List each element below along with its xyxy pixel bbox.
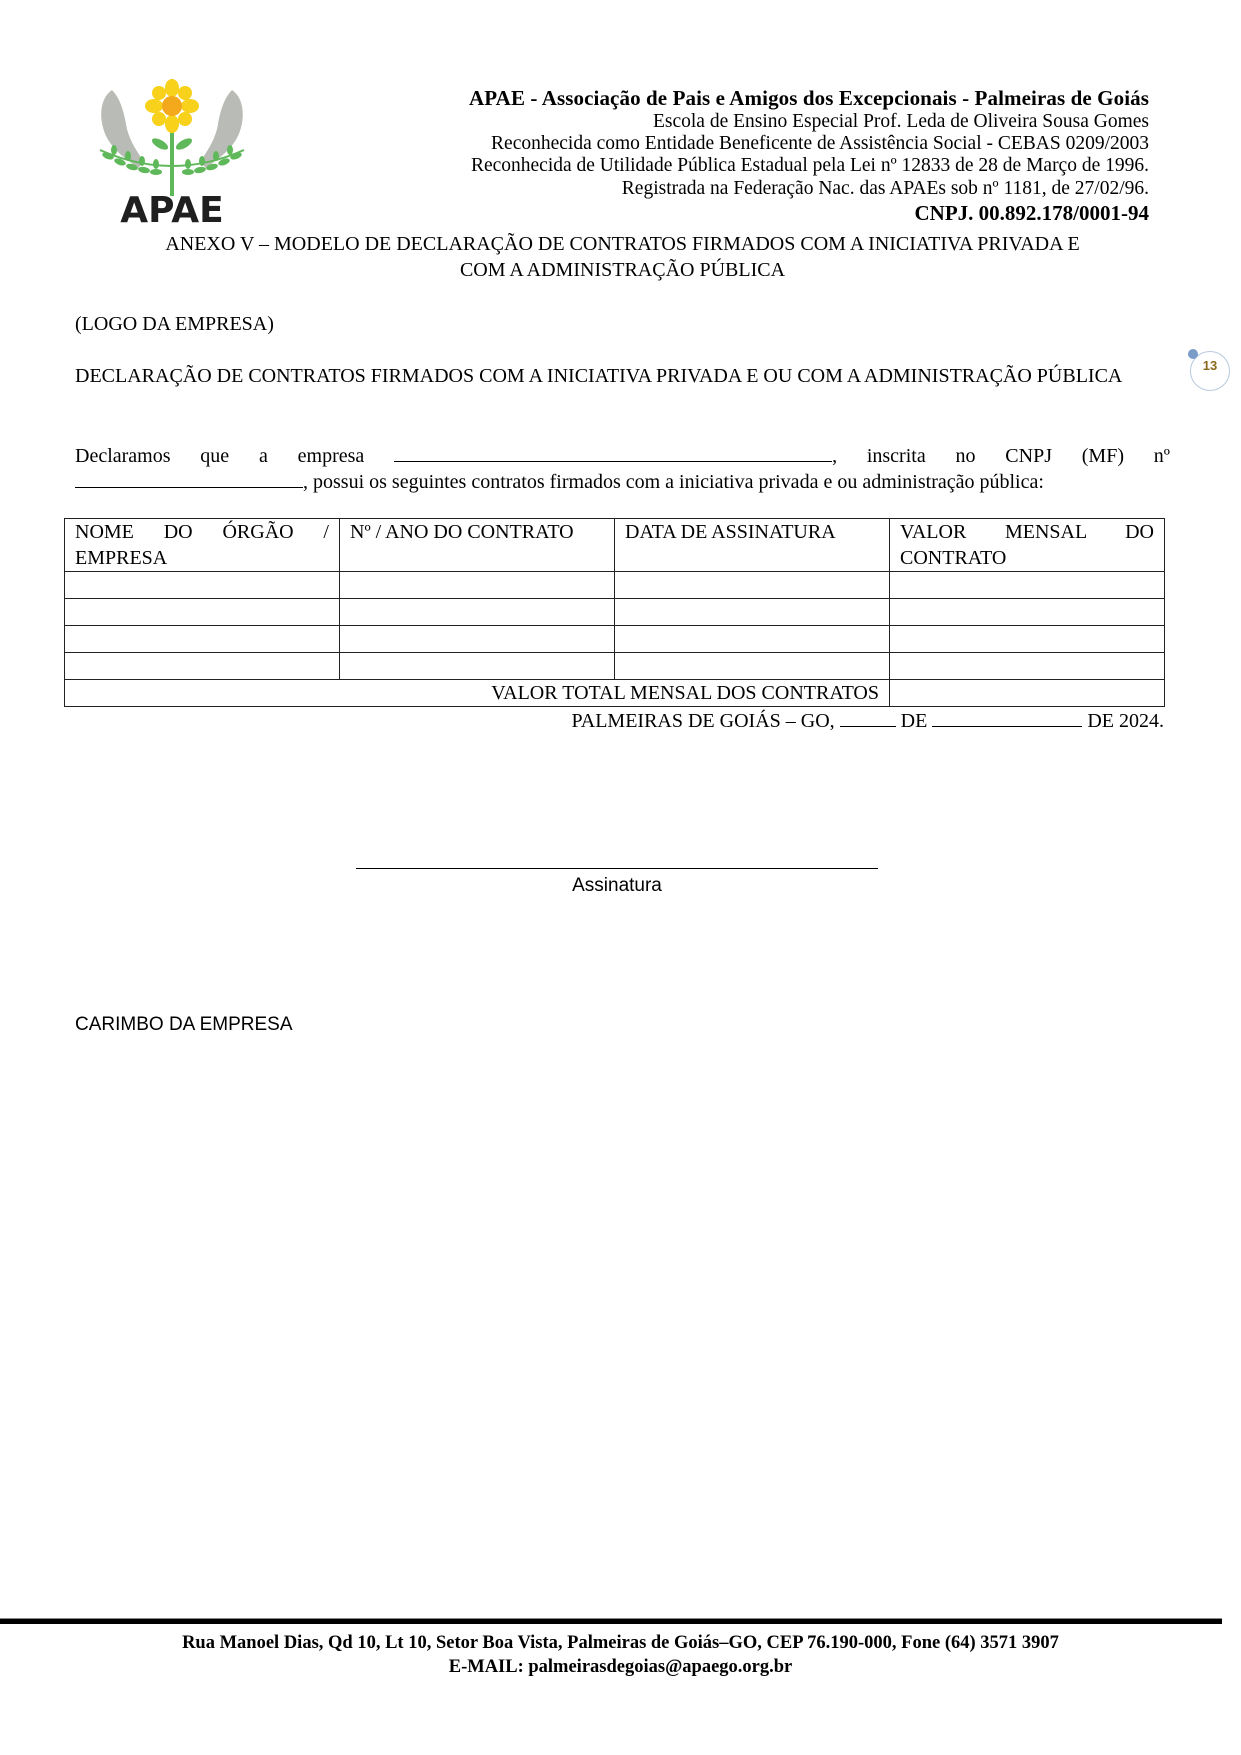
table-cell[interactable] (65, 653, 340, 680)
annex-title: ANEXO V – MODELO DE DECLARAÇÃO DE CONTRA… (70, 231, 1175, 283)
signature-label: Assinatura (356, 875, 878, 897)
table-cell[interactable] (65, 626, 340, 653)
date-year: DE 2024. (1087, 710, 1164, 732)
apae-logo: APAE (92, 78, 252, 226)
table-row (65, 599, 1165, 626)
company-stamp-label: CARIMBO DA EMPRESA (75, 1014, 293, 1036)
cnpj-blank[interactable] (75, 469, 303, 488)
table-cell[interactable] (615, 599, 890, 626)
table-cell[interactable] (890, 599, 1165, 626)
annex-title-line1: ANEXO V – MODELO DE DECLARAÇÃO DE CONTRA… (70, 231, 1175, 257)
header-line-cebas: Reconhecida como Entidade Beneficente de… (491, 133, 1149, 155)
declaration-line-2: , possui os seguintes contratos firmados… (75, 469, 1170, 495)
table-cell[interactable] (65, 599, 340, 626)
word: que (200, 443, 229, 469)
word: Declaramos (75, 443, 171, 469)
month-blank[interactable] (932, 708, 1082, 727)
day-blank[interactable] (840, 708, 896, 727)
header-cell-organization: NOME DO ÓRGÃO / EMPRESA (65, 519, 340, 572)
table-cell[interactable] (340, 599, 615, 626)
annex-title-line2: COM A ADMINISTRAÇÃO PÚBLICA (70, 257, 1175, 283)
organization-name: APAE - Associação de Pais e Amigos dos E… (469, 86, 1149, 111)
table-cell[interactable] (615, 626, 890, 653)
table-row (65, 572, 1165, 599)
signature-line[interactable] (356, 868, 878, 869)
table-cell[interactable] (615, 572, 890, 599)
word: (MF) (1082, 443, 1124, 469)
table-cell[interactable] (340, 653, 615, 680)
word: a (259, 443, 268, 469)
header-cell-monthly-value: VALOR MENSAL DO CONTRATO (890, 519, 1165, 572)
date-line: PALMEIRAS DE GOIÁS – GO, DE DE 2024. (571, 708, 1164, 733)
declaration-paragraph: Declaramos que a empresa , inscrita no C… (75, 443, 1170, 495)
apae-flower-hands-logo-icon: APAE (92, 78, 252, 226)
svg-text:APAE: APAE (120, 190, 223, 226)
header-cell-contract-number: Nº / ANO DO CONTRATO (340, 519, 615, 572)
table-cell[interactable] (890, 626, 1165, 653)
header-cell-signature-date: DATA DE ASSINATURA (615, 519, 890, 572)
date-city: PALMEIRAS DE GOIÁS – GO, (571, 710, 834, 732)
comma: , (832, 445, 837, 467)
footer-email: E-MAIL: palmeirasdegoias@apaego.org.br (0, 1657, 1241, 1678)
table-cell[interactable] (890, 653, 1165, 680)
table-cell[interactable] (615, 653, 890, 680)
page-number-badge: 13 (1190, 351, 1230, 391)
table-cell[interactable] (890, 572, 1165, 599)
table-total-row: VALOR TOTAL MENSAL DOS CONTRATOS (65, 680, 1165, 707)
header-line-federation: Registrada na Federação Nac. das APAEs s… (622, 178, 1149, 200)
word: no (956, 443, 976, 469)
word: CNPJ (1005, 443, 1052, 469)
header-line-public-utility: Reconhecida de Utilidade Pública Estadua… (471, 155, 1149, 177)
company-name-blank[interactable] (394, 443, 832, 462)
word: nº (1154, 443, 1170, 469)
page-number: 13 (1191, 358, 1229, 373)
table-cell[interactable] (65, 572, 340, 599)
company-name-blank-group: , (394, 443, 837, 469)
footer-divider (0, 1618, 1222, 1624)
declaration-line-2-text: , possui os seguintes contratos firmados… (303, 471, 1044, 493)
contracts-table: NOME DO ÓRGÃO / EMPRESA Nº / ANO DO CONT… (64, 518, 1165, 707)
total-label: VALOR TOTAL MENSAL DOS CONTRATOS (65, 680, 890, 707)
declaration-line-1: Declaramos que a empresa , inscrita no C… (75, 443, 1170, 469)
table-row (65, 653, 1165, 680)
header-cnpj: CNPJ. 00.892.178/0001-94 (915, 201, 1150, 226)
footer-address: Rua Manoel Dias, Qd 10, Lt 10, Setor Boa… (0, 1633, 1241, 1654)
table-cell[interactable] (340, 626, 615, 653)
company-logo-placeholder: (LOGO DA EMPRESA) (75, 311, 274, 337)
word: inscrita (867, 443, 926, 469)
table-cell[interactable] (340, 572, 615, 599)
date-de: DE (901, 710, 928, 732)
table-row (65, 626, 1165, 653)
word: empresa (298, 443, 365, 469)
declaration-title: DECLARAÇÃO DE CONTRATOS FIRMADOS COM A I… (75, 363, 1170, 389)
total-value-cell[interactable] (890, 680, 1165, 707)
table-header-row: NOME DO ÓRGÃO / EMPRESA Nº / ANO DO CONT… (65, 519, 1165, 572)
header-line-school: Escola de Ensino Especial Prof. Leda de … (653, 111, 1149, 133)
